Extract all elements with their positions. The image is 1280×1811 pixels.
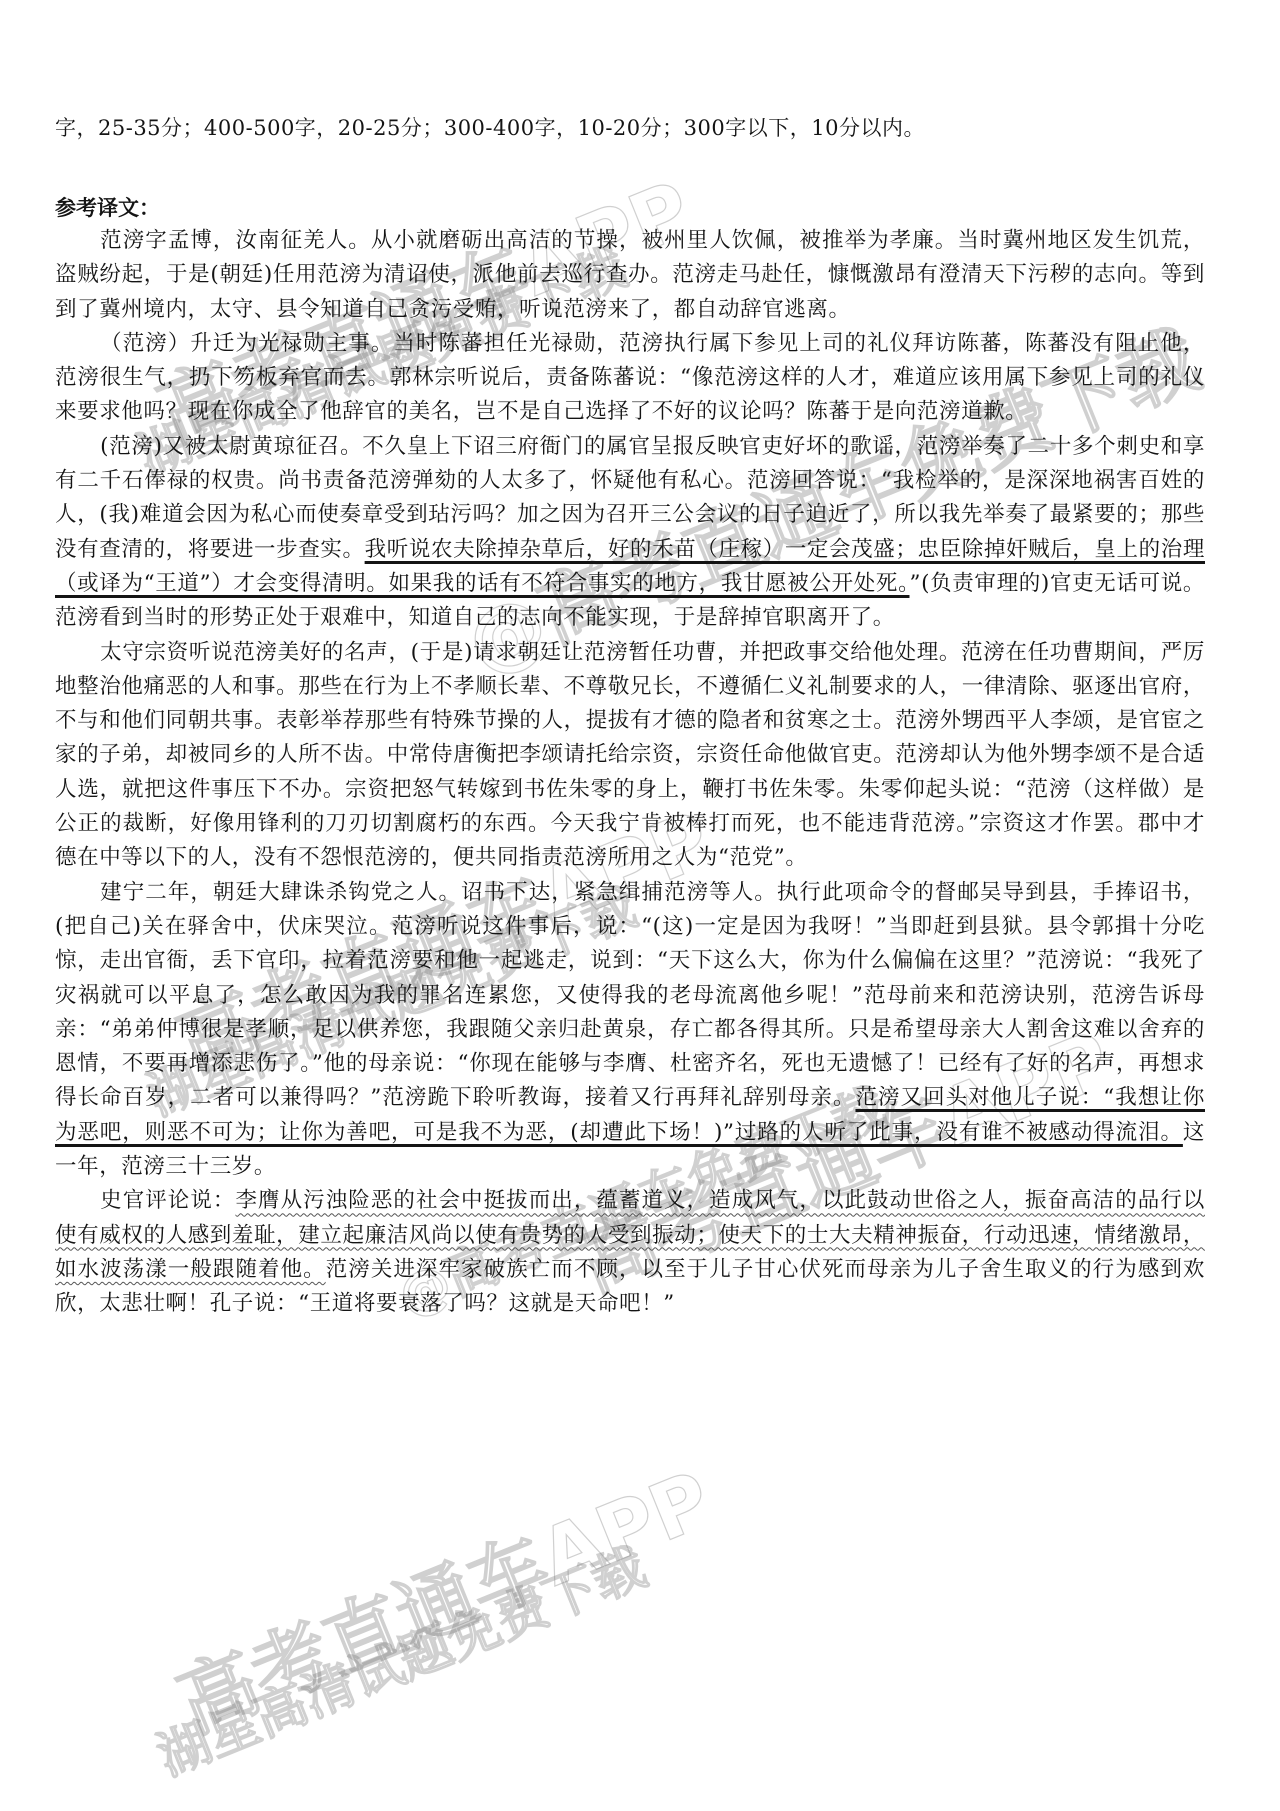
paragraph-5: 建宁二年，朝廷大肆诛杀钩党之人。诏书下达，紧急缉捕范滂等人。执行此项命令的督邮吴… bbox=[55, 876, 1205, 1185]
text-segment: （范滂）升迁为光禄勋主事。当时陈蕃担任光禄勋，范滂执行属下参见上司的礼仪拜访陈蕃… bbox=[55, 331, 1205, 425]
section-title: 参考译文： bbox=[55, 192, 160, 222]
text-segment: 建宁二年，朝廷大肆诛杀钩党之人。诏书下达，紧急缉捕范滂等人。执行此项命令的督邮吴… bbox=[55, 880, 1205, 1111]
paragraph-4: 太守宗资听说范滂美好的名声，(于是)请求朝廷让范滂暂任功曹，并把政事交给他处理。… bbox=[55, 636, 1205, 876]
paragraph-2: （范滂）升迁为光禄勋主事。当时陈蕃担任光禄勋，范滂执行属下参见上司的礼仪拜访陈蕃… bbox=[55, 327, 1205, 430]
watermark-text: 湖星高清试题免费下载 bbox=[145, 1525, 655, 1789]
paragraph-1: 范滂字孟博，汝南征羌人。从小就磨砺出高洁的节操，被州里人饮佩，被推举为孝廉。当时… bbox=[55, 224, 1205, 327]
watermark-text: 高考直通车APP bbox=[160, 1438, 726, 1753]
text-segment: 太守宗资听说范滂美好的名声，(于是)请求朝廷让范滂暂任功曹，并把政事交给他处理。… bbox=[55, 640, 1205, 871]
paragraph-6: 史官评论说：李膺从污浊险恶的社会中挺拔而出，蕴蓄道义，造成风气，以此鼓动世俗之人… bbox=[55, 1184, 1205, 1321]
scoring-criteria-line: 字，25-35分；400-500字，20-25分；300-400字，10-20分… bbox=[55, 112, 925, 142]
translation-body: 范滂字孟博，汝南征羌人。从小就磨砺出高洁的节操，被州里人饮佩，被推举为孝廉。当时… bbox=[55, 224, 1205, 1322]
paragraph-3: (范滂)又被太尉黄琼征召。不久皇上下诏三府衙门的属官呈报反映官吏好坏的歌谣，范滂… bbox=[55, 430, 1205, 636]
text-segment: 范滂字孟博，汝南征羌人。从小就磨砺出高洁的节操，被州里人饮佩，被推举为孝廉。当时… bbox=[55, 228, 1205, 322]
text-segment: 史官评论说： bbox=[100, 1188, 235, 1213]
